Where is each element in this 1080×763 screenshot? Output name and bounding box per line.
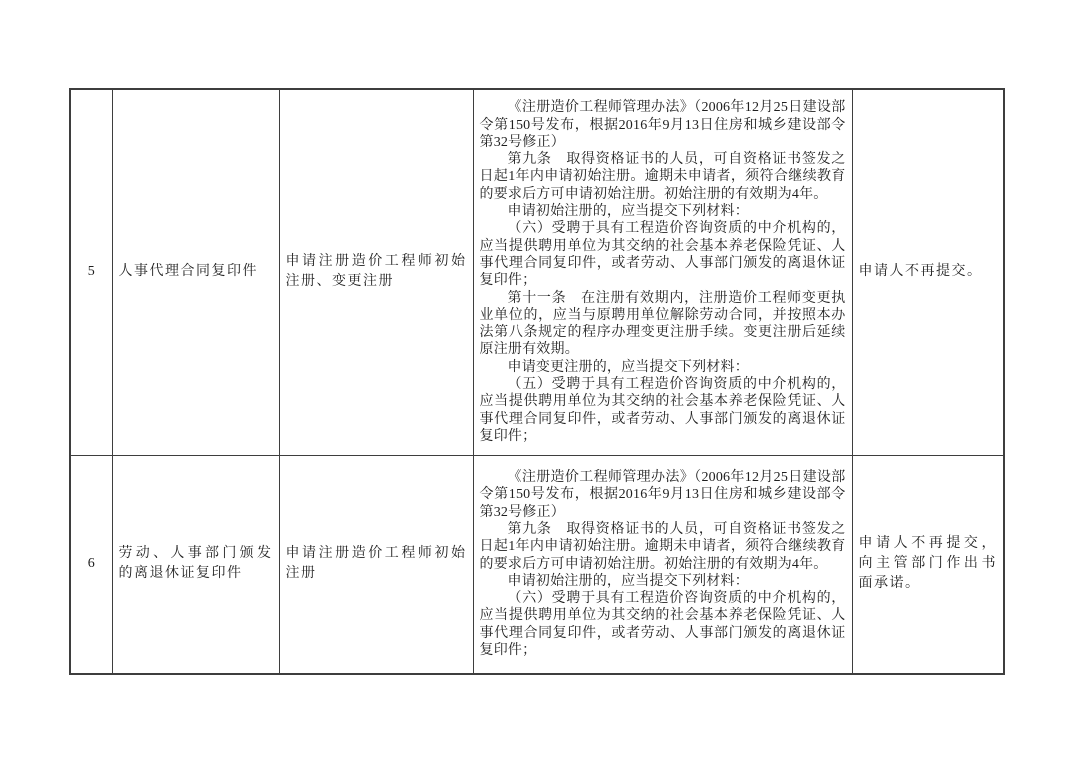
legal-basis-paragraph: 《注册造价工程师管理办法》（2006年12月25日建设部令第150号发布，根据2… — [480, 469, 846, 521]
requirements-table: 5 人事代理合同复印件 申请注册造价工程师初始注册、变更注册 《注册造价工程师管… — [69, 88, 1005, 675]
table-row-5: 5 人事代理合同复印件 申请注册造价工程师初始注册、变更注册 《注册造价工程师管… — [70, 89, 1004, 455]
legal-basis-paragraph: 申请初始注册的，应当提交下列材料： — [480, 203, 846, 220]
handling-decision-cell: 申请人不再提交。 — [852, 89, 1004, 455]
applicable-item: 申请注册造价工程师初始注册、变更注册 — [286, 254, 467, 289]
row-number-cell: 5 — [70, 89, 112, 455]
legal-basis-paragraph: 申请初始注册的，应当提交下列材料： — [480, 573, 846, 590]
legal-basis-cell: 《注册造价工程师管理办法》（2006年12月25日建设部令第150号发布，根据2… — [473, 455, 852, 674]
legal-basis-paragraph: （五）受聘于具有工程造价咨询资质的中介机构的，应当提供聘用单位为其交纳的社会基本… — [480, 376, 846, 445]
legal-basis-paragraph: 第十一条 在注册有效期内，注册造价工程师变更执业单位的，应当与原聘用单位解除劳动… — [480, 290, 846, 359]
legal-basis-paragraph: 申请变更注册的，应当提交下列材料： — [480, 359, 846, 376]
applicable-item-cell: 申请注册造价工程师初始注册 — [279, 455, 473, 674]
handling-decision: 申请人不再提交，向主管部门作出书面承诺。 — [859, 536, 998, 591]
legal-basis-paragraph: （六）受聘于具有工程造价咨询资质的中介机构的，应当提供聘用单位为其交纳的社会基本… — [480, 590, 846, 659]
row-number: 5 — [88, 264, 95, 279]
row-number: 6 — [88, 556, 95, 571]
legal-basis-paragraph: （六）受聘于具有工程造价咨询资质的中介机构的，应当提供聘用单位为其交纳的社会基本… — [480, 220, 846, 289]
document-page: 5 人事代理合同复印件 申请注册造价工程师初始注册、变更注册 《注册造价工程师管… — [0, 0, 1080, 763]
material-name-cell: 劳动、人事部门颁发的离退休证复印件 — [112, 455, 279, 674]
legal-basis-paragraph: 第九条 取得资格证书的人员，可自资格证书签发之日起1年内申请初始注册。逾期未申请… — [480, 151, 846, 203]
material-name-cell: 人事代理合同复印件 — [112, 89, 279, 455]
applicable-item-cell: 申请注册造价工程师初始注册、变更注册 — [279, 89, 473, 455]
material-name: 人事代理合同复印件 — [119, 264, 259, 279]
material-name: 劳动、人事部门颁发的离退休证复印件 — [119, 546, 273, 581]
handling-decision-cell: 申请人不再提交，向主管部门作出书面承诺。 — [852, 455, 1004, 674]
applicable-item: 申请注册造价工程师初始注册 — [286, 546, 467, 581]
row-number-cell: 6 — [70, 455, 112, 674]
legal-basis-paragraph: 第九条 取得资格证书的人员，可自资格证书签发之日起1年内申请初始注册。逾期未申请… — [480, 521, 846, 573]
legal-basis-paragraph: 《注册造价工程师管理办法》（2006年12月25日建设部令第150号发布，根据2… — [480, 99, 846, 151]
table-row-6: 6 劳动、人事部门颁发的离退休证复印件 申请注册造价工程师初始注册 《注册造价工… — [70, 455, 1004, 674]
handling-decision: 申请人不再提交。 — [859, 264, 983, 279]
legal-basis-cell: 《注册造价工程师管理办法》（2006年12月25日建设部令第150号发布，根据2… — [473, 89, 852, 455]
